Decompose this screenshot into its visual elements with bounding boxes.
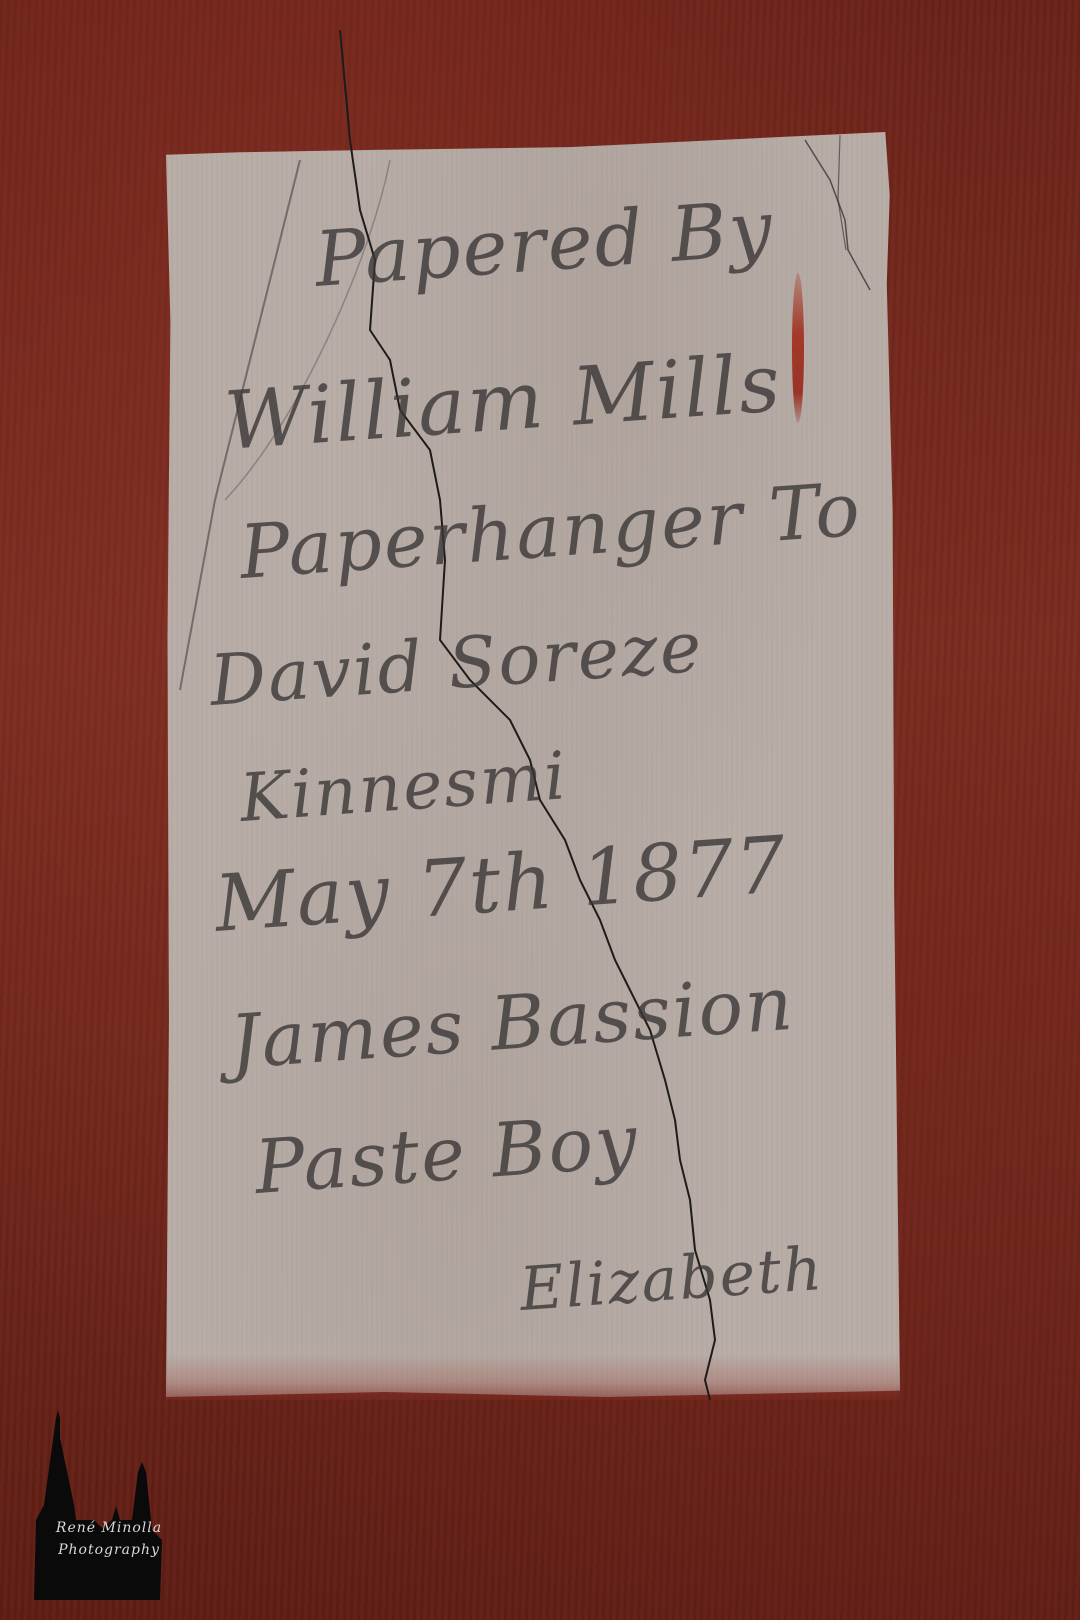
crack-and-margin-lines	[0, 0, 1080, 1620]
watermark-line-2: Photography	[34, 1542, 184, 1558]
castle-silhouette-logo	[34, 1410, 184, 1600]
watermark-line-1: René Minolla	[34, 1520, 184, 1536]
